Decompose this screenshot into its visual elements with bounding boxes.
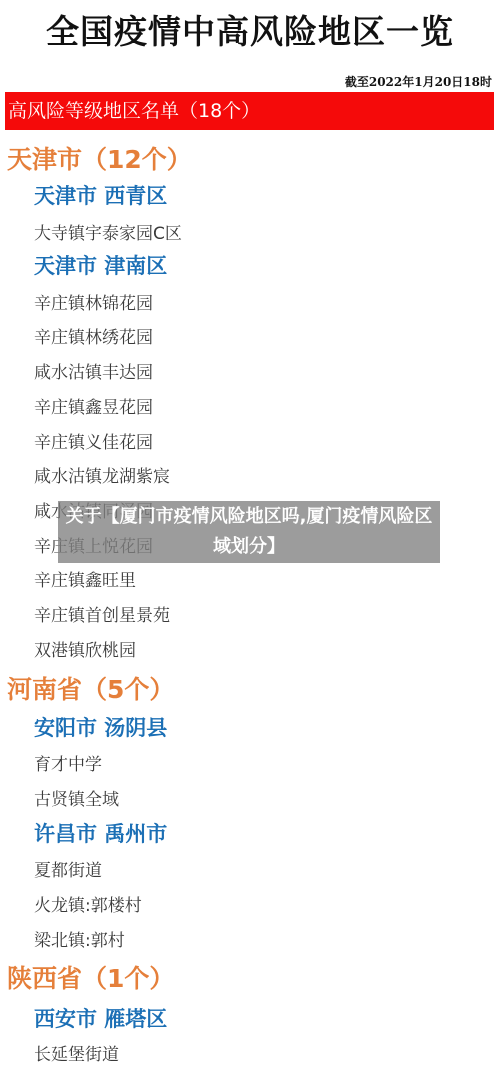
city-heading: 许昌市 禹州市 xyxy=(34,818,167,848)
list-item: 辛庄镇首创星景苑 xyxy=(34,601,170,626)
list-item: 夏都街道 xyxy=(34,856,102,881)
list-item: 辛庄镇林锦花园 xyxy=(34,289,153,314)
city-heading: 安阳市 汤阴县 xyxy=(34,712,167,742)
article-caption-overlay[interactable]: 关于【厦门市疫情风险地区吗,厦门疫情风险区域划分】 xyxy=(58,501,440,563)
as-of-timestamp: 截至2022年1月20日18时 xyxy=(345,73,492,90)
list-item: 辛庄镇义佳花园 xyxy=(34,428,153,453)
city-heading: 西安市 雁塔区 xyxy=(34,1003,167,1033)
list-item: 火龙镇:郭楼村 xyxy=(34,891,142,916)
list-item: 辛庄镇林绣花园 xyxy=(34,323,153,348)
page-title: 全国疫情中高风险地区一览 xyxy=(0,6,500,53)
list-item: 咸水沽镇龙湖紫宸 xyxy=(34,462,170,487)
list-item: 双港镇欣桃园 xyxy=(34,636,136,661)
province-heading: 天津市（12个） xyxy=(7,140,192,176)
province-heading: 河南省（5个） xyxy=(7,670,174,706)
list-item: 大寺镇宇泰家园C区 xyxy=(34,219,182,244)
list-item: 长延堡街道 xyxy=(34,1040,119,1065)
list-item: 辛庄镇鑫昱花园 xyxy=(34,393,153,418)
list-item: 咸水沽镇丰达园 xyxy=(34,358,153,383)
list-item: 梁北镇:郭村 xyxy=(34,926,125,951)
list-item: 古贤镇全域 xyxy=(34,785,119,810)
list-item: 辛庄镇鑫旺里 xyxy=(34,566,136,591)
city-heading: 天津市 西青区 xyxy=(34,180,167,210)
list-item: 育才中学 xyxy=(34,750,102,775)
province-heading: 陕西省（1个） xyxy=(7,959,174,995)
high-risk-banner: 高风险等级地区名单（18个） xyxy=(5,92,494,130)
city-heading: 天津市 津南区 xyxy=(34,250,167,280)
